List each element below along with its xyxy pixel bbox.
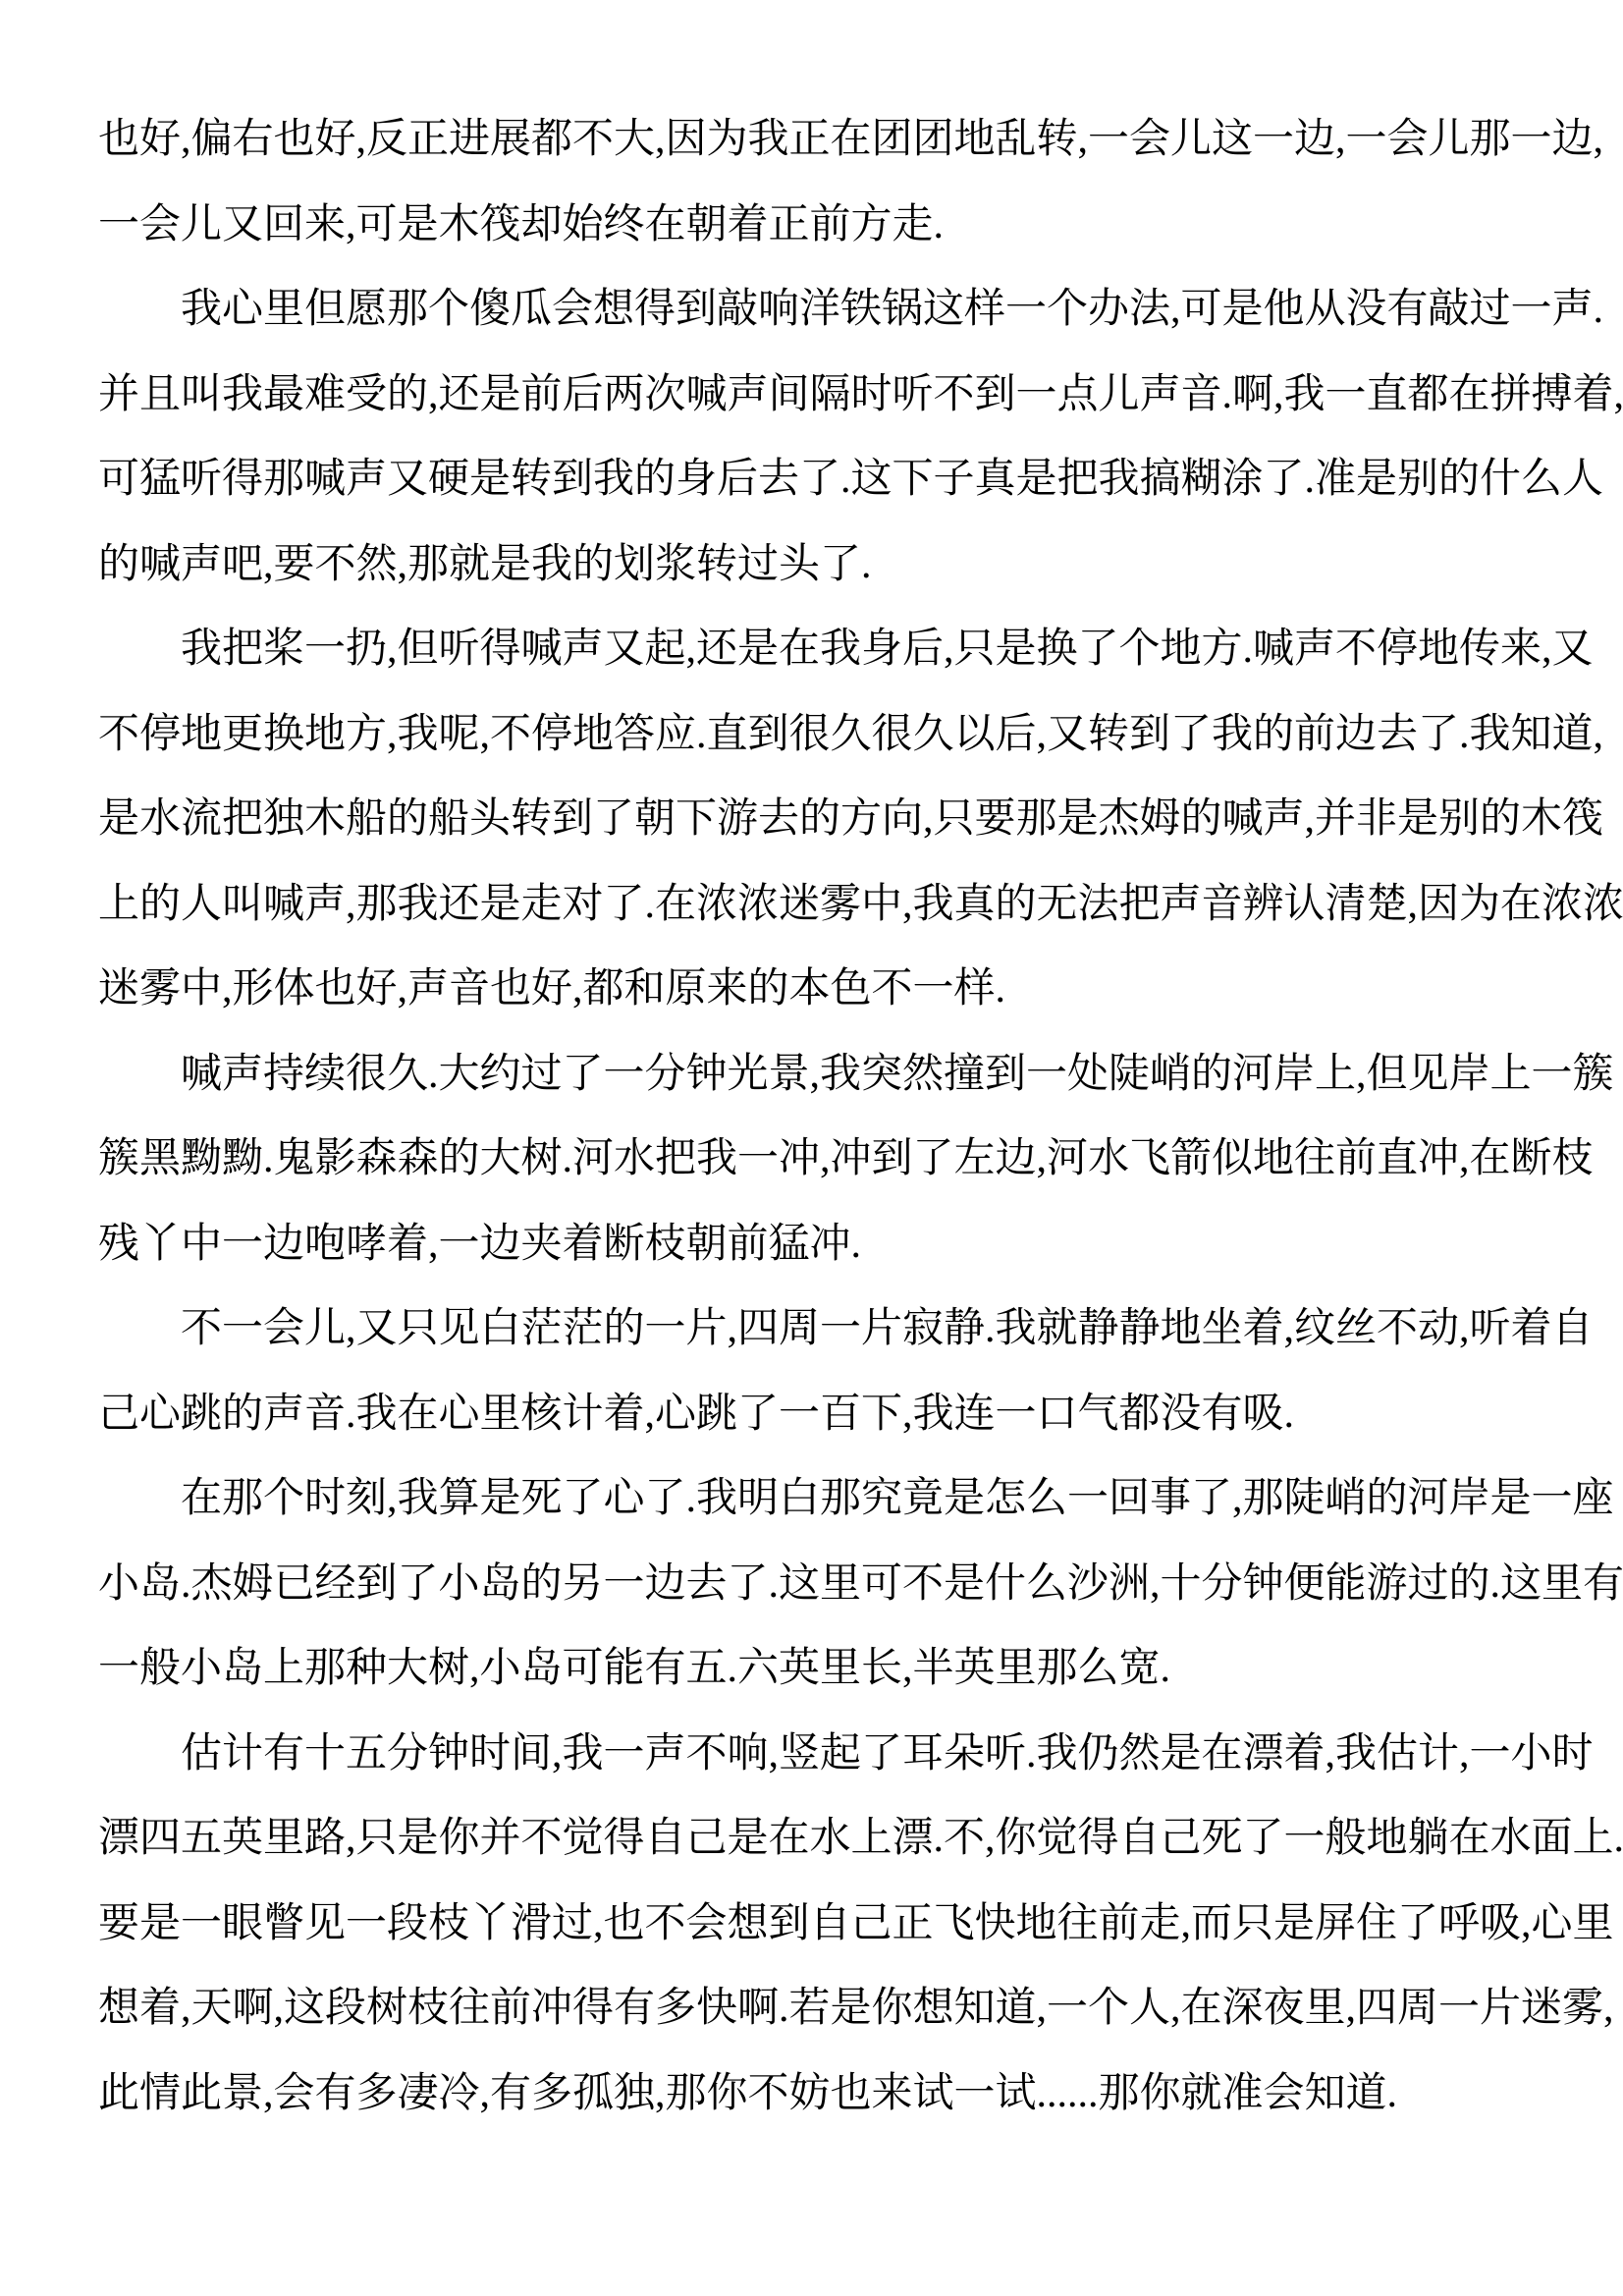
text-line: 此情此景,会有多凄冷,有多孤独,那你不妨也来试一试......那你就准会知道. xyxy=(98,2051,1525,2137)
text-line: 想着,天啊,这段树枝往前冲得有多快啊.若是你想知道,一个人,在深夜里,四周一片迷… xyxy=(98,1966,1525,2051)
document-body: 也好,偏右也好,反正进展都不大,因为我正在团团地乱转,一会儿这一边,一会儿那一边… xyxy=(0,0,1623,2136)
text-line: 在那个时刻,我算是死了心了.我明白那究竟是怎么一回事了,那陡峭的河岸是一座 xyxy=(98,1456,1525,1542)
paragraph: 在那个时刻,我算是死了心了.我明白那究竟是怎么一回事了,那陡峭的河岸是一座 小岛… xyxy=(98,1456,1525,1712)
paragraph: 也好,偏右也好,反正进展都不大,因为我正在团团地乱转,一会儿这一边,一会儿那一边… xyxy=(98,97,1525,267)
text-line: 一会儿又回来,可是木筏却始终在朝着正前方走. xyxy=(98,183,1525,268)
text-line: 可猛听得那喊声又硬是转到我的身后去了.这下子真是把我搞糊涂了.准是别的什么人 xyxy=(98,437,1525,522)
text-line: 的喊声吧,要不然,那就是我的划浆转过头了. xyxy=(98,522,1525,608)
paragraph: 我把桨一扔,但听得喊声又起,还是在我身后,只是换了个地方.喊声不停地传来,又 不… xyxy=(98,607,1525,1032)
paragraph: 我心里但愿那个傻瓜会想得到敲响洋铁锅这样一个办法,可是他从没有敲过一声. 并且叫… xyxy=(98,267,1525,607)
paragraph: 不一会儿,又只见白茫茫的一片,四周一片寂静.我就静静地坐着,纹丝不动,听着自 己… xyxy=(98,1286,1525,1456)
text-line: 不停地更换地方,我呢,不停地答应.直到很久很久以后,又转到了我的前边去了.我知道… xyxy=(98,692,1525,778)
text-line: 也好,偏右也好,反正进展都不大,因为我正在团团地乱转,一会儿这一边,一会儿那一边… xyxy=(98,97,1525,183)
text-line: 迷雾中,形体也好,声音也好,都和原来的本色不一样. xyxy=(98,947,1525,1032)
text-line: 是水流把独木船的船头转到了朝下游去的方向,只要那是杰姆的喊声,并非是别的木筏 xyxy=(98,777,1525,862)
text-line: 簇黑黝黝.鬼影森森的大树.河水把我一冲,冲到了左边,河水飞箭似地往前直冲,在断枝 xyxy=(98,1117,1525,1202)
text-line: 我把桨一扔,但听得喊声又起,还是在我身后,只是换了个地方.喊声不停地传来,又 xyxy=(98,607,1525,692)
text-line: 残丫中一边咆哮着,一边夹着断枝朝前猛冲. xyxy=(98,1202,1525,1287)
text-line: 漂四五英里路,只是你并不觉得自己是在水上漂.不,你觉得自己死了一般地躺在水面上. xyxy=(98,1796,1525,1882)
text-line: 估计有十五分钟时间,我一声不响,竖起了耳朵听.我仍然是在漂着,我估计,一小时 xyxy=(98,1712,1525,1797)
text-line: 上的人叫喊声,那我还是走对了.在浓浓迷雾中,我真的无法把声音辨认清楚,因为在浓浓 xyxy=(98,862,1525,948)
text-line: 要是一眼瞥见一段枝丫滑过,也不会想到自己正飞快地往前走,而只是屏住了呼吸,心里 xyxy=(98,1882,1525,1967)
paragraph: 估计有十五分钟时间,我一声不响,竖起了耳朵听.我仍然是在漂着,我估计,一小时 漂… xyxy=(98,1712,1525,2137)
text-line: 并且叫我最难受的,还是前后两次喊声间隔时听不到一点儿声音.啊,我一直都在拼搏着, xyxy=(98,353,1525,438)
document-page: 也好,偏右也好,反正进展都不大,因为我正在团团地乱转,一会儿这一边,一会儿那一边… xyxy=(0,0,1623,2296)
paragraph: 喊声持续很久.大约过了一分钟光景,我突然撞到一处陡峭的河岸上,但见岸上一簇 簇黑… xyxy=(98,1032,1525,1287)
text-line: 不一会儿,又只见白茫茫的一片,四周一片寂静.我就静静地坐着,纹丝不动,听着自 xyxy=(98,1286,1525,1372)
text-line: 我心里但愿那个傻瓜会想得到敲响洋铁锅这样一个办法,可是他从没有敲过一声. xyxy=(98,267,1525,353)
text-line: 小岛.杰姆已经到了小岛的另一边去了.这里可不是什么沙洲,十分钟便能游过的.这里有 xyxy=(98,1542,1525,1627)
text-line: 己心跳的声音.我在心里核计着,心跳了一百下,我连一口气都没有吸. xyxy=(98,1372,1525,1457)
text-line: 一般小岛上那种大树,小岛可能有五.六英里长,半英里那么宽. xyxy=(98,1626,1525,1712)
text-line: 喊声持续很久.大约过了一分钟光景,我突然撞到一处陡峭的河岸上,但见岸上一簇 xyxy=(98,1032,1525,1118)
